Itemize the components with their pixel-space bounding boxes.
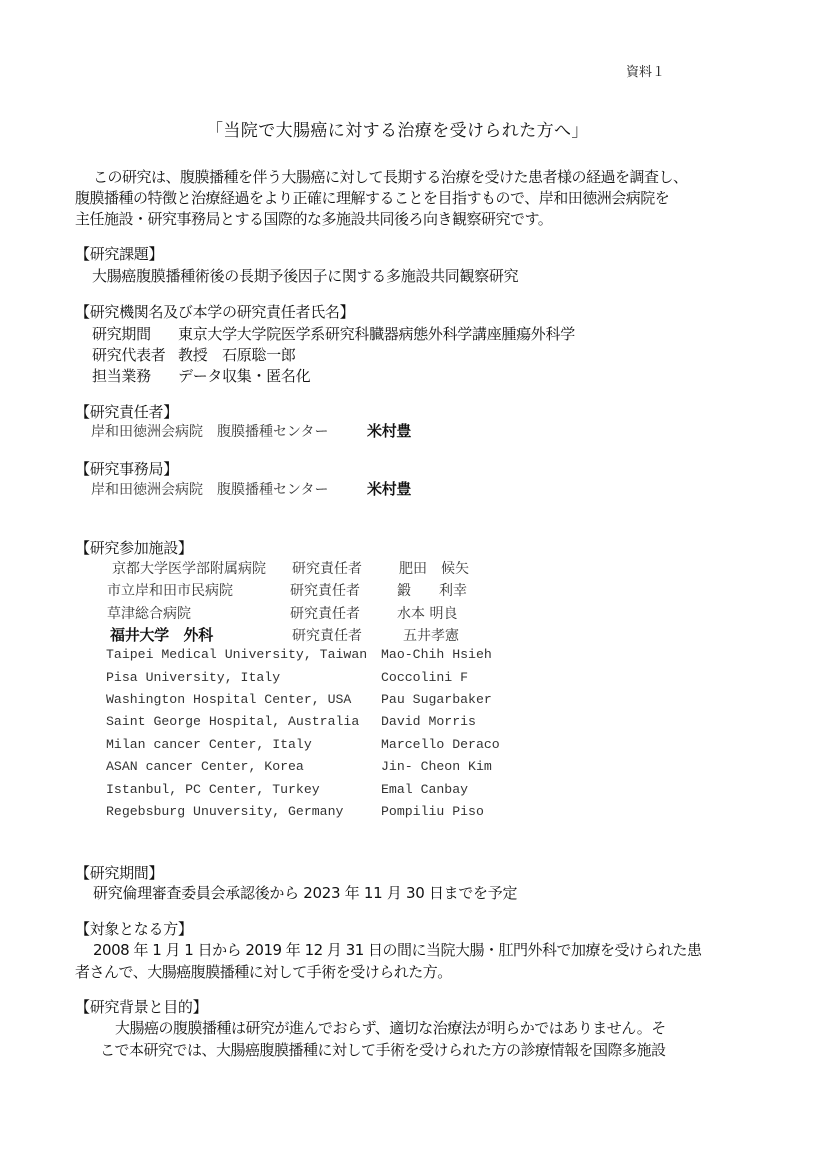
- site-name: Istanbul, PC Center, Turkey: [106, 782, 320, 797]
- site-investigator: Emal Canbay: [381, 782, 468, 797]
- site-name: Regebsburg Unuversity, Germany: [106, 804, 343, 819]
- period-text: 研究倫理審査委員会承認後から 2023 年 11 月 30 日までを予定: [93, 882, 517, 903]
- intro-line: 主任施設・研究事務局とする国際的な多施設共同後ろ向き観察研究です。: [75, 208, 552, 229]
- site-investigator: Pompiliu Piso: [381, 804, 484, 819]
- section-heading: 【研究参加施設】: [75, 537, 193, 558]
- site-name: 福井大学 外科: [110, 624, 213, 645]
- site-investigator: David Morris: [381, 714, 476, 729]
- background-line: こで本研究では、大腸癌腹膜播種に対して手術を受けられた方の診療情報を国際多施設: [100, 1039, 666, 1060]
- institution-row-value: データ収集・匿名化: [178, 365, 310, 386]
- background-line: 大腸癌の腹膜播種は研究が進んでおらず、適切な治療法が明らかではありません。そ: [115, 1017, 666, 1038]
- secretariat-affiliation: 岸和田徳洲会病院 腹膜播種センター: [91, 479, 328, 499]
- section-heading: 【研究背景と目的】: [75, 996, 207, 1017]
- section-heading: 【研究責任者】: [75, 401, 178, 422]
- site-role: 研究責任者: [292, 558, 362, 578]
- institution-row-label: 研究期間: [92, 323, 151, 344]
- site-name: 京都大学医学部附属病院: [112, 558, 266, 578]
- pi-name: 米村豊: [367, 420, 411, 441]
- site-role: 研究責任者: [292, 625, 362, 645]
- site-role: 研究責任者: [290, 603, 360, 623]
- section-heading: 【研究期間】: [75, 862, 163, 883]
- site-investigator: Mao-Chih Hsieh: [381, 647, 492, 662]
- site-name: 市立岸和田市民病院: [107, 580, 233, 600]
- site-investigator: Marcello Deraco: [381, 737, 500, 752]
- site-name: Pisa University, Italy: [106, 670, 280, 685]
- site-role: 研究責任者: [290, 580, 360, 600]
- intro-line: 腹膜播種の特徴と治療経過をより正確に理解することを目指すもので、岸和田徳洲会病院…: [75, 187, 669, 208]
- site-name: Washington Hospital Center, USA: [106, 692, 351, 707]
- site-investigator: Coccolini F: [381, 670, 468, 685]
- section-heading: 【研究機関名及び本学の研究責任者氏名】: [75, 301, 354, 322]
- site-name: Milan cancer Center, Italy: [106, 737, 312, 752]
- research-title-text: 大腸癌腹膜播種術後の長期予後因子に関する多施設共同観察研究: [92, 265, 518, 286]
- document-title: 「当院で大腸癌に対する治療を受けられた方へ」: [206, 116, 589, 141]
- site-investigator: 水本 明良: [397, 603, 457, 623]
- intro-line: この研究は、腹膜播種を伴う大腸癌に対して長期する治療を受けた患者様の経過を調査し…: [93, 166, 688, 187]
- section-heading: 【研究課題】: [75, 243, 163, 264]
- site-name: ASAN cancer Center, Korea: [106, 759, 304, 774]
- document-label: 資料１: [626, 61, 665, 80]
- site-name: Saint George Hospital, Australia: [106, 714, 359, 729]
- target-line: 2008 年 1 月 1 日から 2019 年 12 月 31 日の間に当院大腸…: [93, 939, 702, 960]
- secretariat-name: 米村豊: [367, 478, 411, 499]
- site-investigator: 五井孝憲: [403, 625, 459, 645]
- institution-row-value: 教授 石原聡一郎: [178, 344, 296, 365]
- site-investigator: Pau Sugarbaker: [381, 692, 492, 707]
- site-investigator: Jin- Cheon Kim: [381, 759, 492, 774]
- pi-affiliation: 岸和田徳洲会病院 腹膜播種センター: [91, 421, 328, 441]
- section-heading: 【研究事務局】: [75, 458, 178, 479]
- institution-row-value: 東京大学大学院医学系研究科臓器病態外科学講座腫瘍外科学: [178, 323, 575, 344]
- institution-row-label: 研究代表者: [92, 344, 166, 365]
- site-name: 草津総合病院: [107, 603, 191, 623]
- section-heading: 【対象となる方】: [75, 918, 193, 939]
- institution-row-label: 担当業務: [92, 365, 151, 386]
- site-investigator: 鍛 利幸: [397, 580, 467, 600]
- target-line: 者さんで、大腸癌腹膜播種に対して手術を受けられた方。: [75, 961, 452, 982]
- site-investigator: 肥田 候矢: [399, 558, 469, 578]
- site-name: Taipei Medical University, Taiwan: [106, 647, 367, 662]
